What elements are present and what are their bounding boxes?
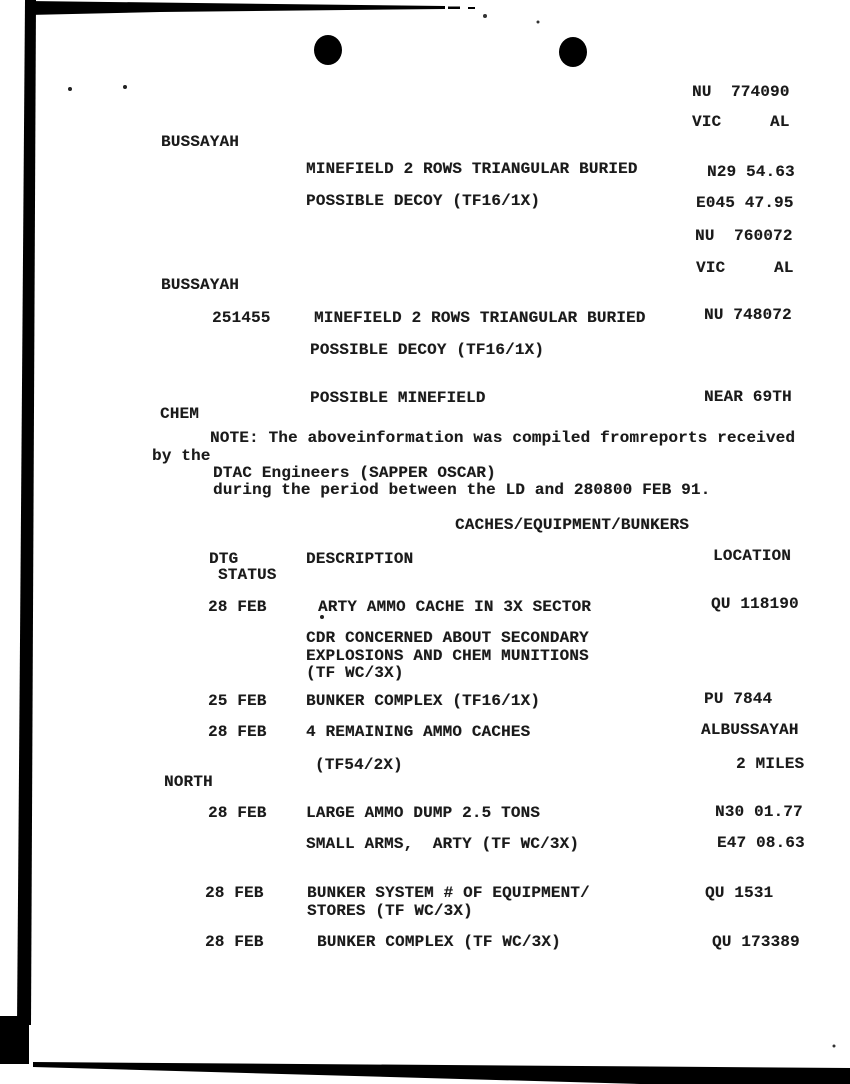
scan-edge-bottom-left-block [0, 1016, 29, 1064]
section-title: CACHES/EQUIPMENT/BUNKERS [455, 517, 689, 533]
minefield1-loc2: E045 47.95 [696, 195, 794, 211]
minefield3-loc-overflow: CHEM [160, 406, 199, 422]
row-loc: E47 08.63 [717, 835, 805, 851]
row-loc: QU 1531 [705, 885, 773, 901]
row-desc: BUNKER COMPLEX (TF WC/3X) [317, 934, 561, 950]
note-line-3: DTAC Engineers (SAPPER OSCAR) [213, 465, 496, 481]
paper-speck [537, 21, 540, 24]
place-name-2: BUSSAYAH [161, 277, 239, 293]
grid-ref-2: NU 760072 [695, 228, 793, 244]
minefield1-desc2: POSSIBLE DECOY (TF16/1X) [306, 193, 540, 209]
minefield2-desc: MINEFIELD 2 ROWS TRIANGULAR BURIED [314, 310, 646, 326]
row-loc: QU 118190 [711, 596, 799, 612]
row-desc: CDR CONCERNED ABOUT SECONDARY [306, 630, 589, 646]
row-loc: N30 01.77 [715, 804, 803, 820]
row-dtg: 28 FEB [205, 934, 264, 950]
scan-edge-top-dash [448, 7, 460, 10]
scan-edge-left [17, 0, 36, 1025]
row-dtg: 28 FEB [208, 805, 267, 821]
row-desc: LARGE AMMO DUMP 2.5 TONS [306, 805, 540, 821]
minefield1-desc: MINEFIELD 2 ROWS TRIANGULAR BURIED [306, 161, 638, 177]
note-line-1: NOTE: The aboveinformation was compiled … [210, 430, 795, 446]
row-dtg: 28 FEB [205, 885, 264, 901]
paper-speck [123, 85, 127, 89]
note-line-2: by the [152, 448, 211, 464]
col-header-description: DESCRIPTION [306, 551, 413, 567]
row-desc: (TF54/2X) [315, 757, 403, 773]
row-desc: STORES (TF WC/3X) [307, 903, 473, 919]
hole-punch-dot [314, 35, 342, 65]
paper-speck [68, 87, 72, 91]
scan-edge-top [28, 1, 445, 15]
scan-edge-top-dash [468, 7, 475, 9]
minefield1-loc: N29 54.63 [707, 164, 795, 180]
col-header-dtg: DTG [209, 551, 238, 567]
scan-edge-bottom [33, 1062, 850, 1084]
minefield2-desc2: POSSIBLE DECOY (TF16/1X) [310, 342, 544, 358]
vicinity-line-2: VIC AL [696, 260, 794, 276]
minefield3-desc: POSSIBLE MINEFIELD [310, 390, 486, 406]
row-desc: BUNKER SYSTEM # OF EQUIPMENT/ [307, 885, 590, 901]
scanned-document-page: NU 774090 VIC AL BUSSAYAH MINEFIELD 2 RO… [0, 0, 850, 1084]
row-dtg: 28 FEB [208, 599, 267, 615]
row-desc: BUNKER COMPLEX (TF16/1X) [306, 693, 540, 709]
hole-punch-dot [559, 37, 587, 67]
col-header-location: LOCATION [713, 548, 791, 564]
row-loc: 2 MILES [736, 756, 804, 772]
row-dtg: 28 FEB [208, 724, 267, 740]
grid-ref-1: NU 774090 [692, 84, 790, 100]
row-dtg: 25 FEB [208, 693, 267, 709]
minefield2-loc: NU 748072 [704, 307, 792, 323]
minefield2-dtg: 251455 [212, 310, 271, 326]
row-desc: 4 REMAINING AMMO CACHES [306, 724, 530, 740]
row-loc: PU 7844 [704, 691, 772, 707]
paper-speck [833, 1045, 836, 1048]
row-desc: (TF WC/3X) [306, 665, 404, 681]
row-loc: ALBUSSAYAH [701, 722, 799, 738]
place-name-1: BUSSAYAH [161, 134, 239, 150]
row-loc: QU 173389 [712, 934, 800, 950]
note-line-4: during the period between the LD and 280… [213, 482, 710, 498]
paper-speck [483, 14, 487, 18]
col-header-status: STATUS [218, 567, 277, 583]
vicinity-line-1: VIC AL [692, 114, 790, 130]
minefield3-loc: NEAR 69TH [704, 389, 792, 405]
row-loc-overflow: NORTH [164, 774, 213, 790]
row-desc: SMALL ARMS, ARTY (TF WC/3X) [306, 836, 579, 852]
row-desc: ARTY AMMO CACHE IN 3X SECTOR [318, 599, 591, 615]
row-desc: EXPLOSIONS AND CHEM MUNITIONS [306, 648, 589, 664]
